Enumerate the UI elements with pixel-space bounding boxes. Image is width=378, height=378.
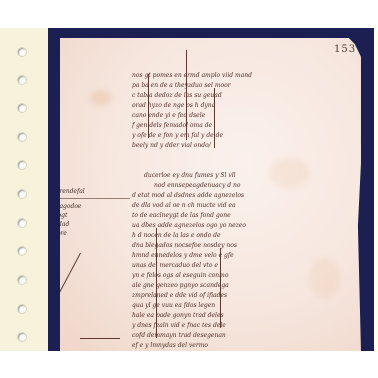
punch-hole — [17, 332, 27, 342]
ink-stroke — [214, 88, 215, 148]
text-line: beely nd y dder vial ondo/ — [132, 142, 282, 149]
paper-stain — [310, 258, 340, 298]
ink-flourish — [47, 253, 81, 315]
text-line: d etat mod al dsdnes adde agnezelos — [132, 192, 302, 199]
text-line: de dla vod al oe n ch mucte vid ea — [132, 202, 302, 209]
binder-strip — [0, 28, 48, 351]
punch-hole — [17, 246, 27, 256]
text-line: yn e felos ogs al eseguin conmo — [132, 272, 300, 279]
punch-hole — [17, 304, 27, 314]
folio-number: 153 — [334, 44, 356, 55]
paper-stain — [90, 90, 112, 106]
text-line: ef e y lmnydas del vermo — [132, 342, 297, 349]
punch-hole — [17, 275, 27, 285]
ink-stroke — [148, 74, 149, 138]
navy-mount: 153 nos gt pomes en ermd amplo viid mand… — [48, 28, 374, 351]
ink-flourish — [80, 338, 120, 339]
text-line: pa ba en de a theyzduo sel moor — [132, 82, 302, 89]
text-line: c tabla dedoz de las su geuad — [132, 92, 300, 99]
text-line: nod ennsepeagdenuacy d no — [154, 182, 304, 189]
ink-stroke — [156, 228, 157, 338]
text-line: ua dbes adde agnezelos ogo yo nezeo — [132, 222, 302, 229]
text-line: nos gt pomes en ermd amplo viid mand — [132, 72, 302, 79]
punch-hole — [17, 47, 27, 57]
text-line: y dnes fealn vid e fnac tes dele — [132, 322, 300, 329]
text-line: hmnd ennedelos y dme velo e gfe — [132, 252, 300, 259]
punch-hole — [17, 189, 27, 199]
punch-hole — [17, 75, 27, 85]
punch-hole — [17, 132, 27, 142]
text-line: y ofe de e fon y em fal y de de — [132, 132, 292, 139]
ink-stroke — [220, 248, 221, 328]
text-line: f gen dels femadol oma de — [132, 122, 302, 129]
punch-hole — [17, 218, 27, 228]
text-line: ducerloe ey dnu fumes y Sl vll — [144, 172, 314, 179]
manuscript-scan: 153 nos gt pomes en ermd amplo viid mand… — [0, 28, 374, 351]
text-line: to de eaclneygt de las fond gone — [132, 212, 302, 219]
punch-hole — [17, 160, 27, 170]
manuscript-page: 153 nos gt pomes en ermd amplo viid mand… — [60, 38, 364, 351]
punch-hole — [17, 103, 27, 113]
ink-stroke — [186, 50, 187, 140]
